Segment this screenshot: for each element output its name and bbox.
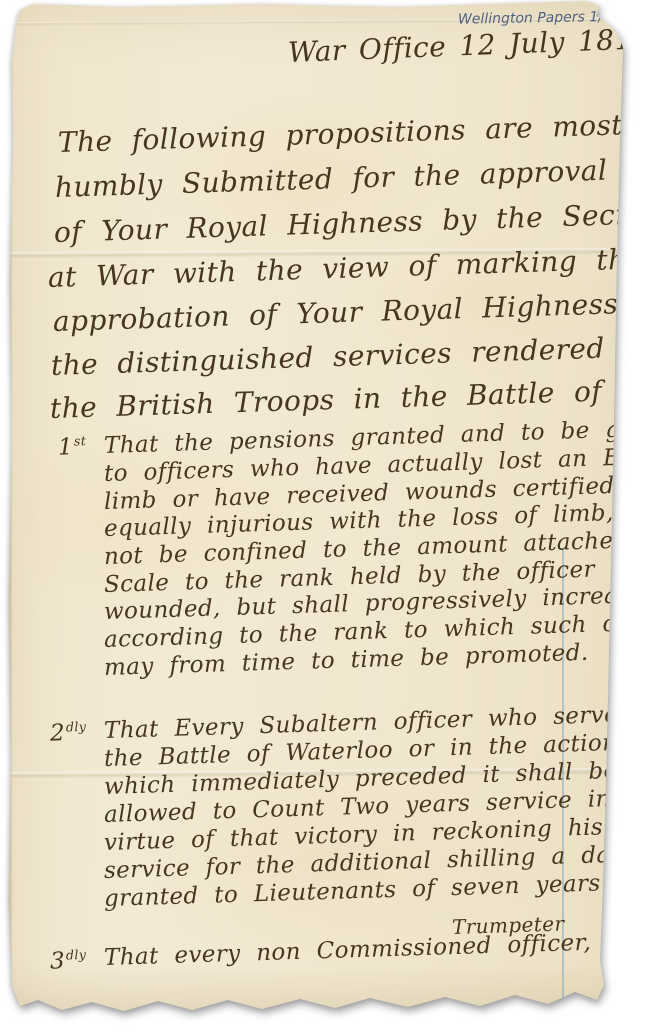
- archive-reference: Wellington Papers 1/471/1: [458, 8, 644, 27]
- intro-line: of Your Royal Highness by the Secretary: [53, 196, 648, 249]
- manuscript-page: Wellington Papers 1/471/1 War Office 12 …: [0, 0, 648, 1036]
- intro-line: the distinguished services rendered by: [50, 330, 648, 382]
- item-number-value: 2: [50, 720, 66, 746]
- dateline: War Office 12 July 1815.: [287, 22, 648, 69]
- intro-line: approbation of Your Royal Highness of: [52, 286, 648, 338]
- paper-edge-mark: [6, 952, 11, 986]
- item-number-value: 3: [50, 948, 66, 974]
- paper-edge-mark: [5, 200, 9, 208]
- paper-edge-mark: [4, 556, 8, 566]
- item-number-ordinal: dly: [66, 719, 87, 735]
- item-number-ordinal: dly: [66, 947, 87, 963]
- scan-background: Wellington Papers 1/471/1 War Office 12 …: [0, 0, 648, 1036]
- paper-shadow: Wellington Papers 1/471/1 War Office 12 …: [0, 0, 648, 1036]
- item-number: 3dly: [50, 947, 87, 975]
- item-number-value: 1: [58, 434, 74, 460]
- item-number-ordinal: st: [74, 433, 87, 448]
- item-number: 1st: [58, 433, 87, 461]
- intro-line: humbly Submitted for the approval: [54, 154, 607, 204]
- paper-edge-mark: [4, 182, 9, 197]
- item-line: That every non Commissioned officer, ^Dr…: [104, 925, 648, 971]
- item-number: 2dly: [50, 719, 87, 747]
- intro-line: The following propositions are most: [57, 108, 623, 159]
